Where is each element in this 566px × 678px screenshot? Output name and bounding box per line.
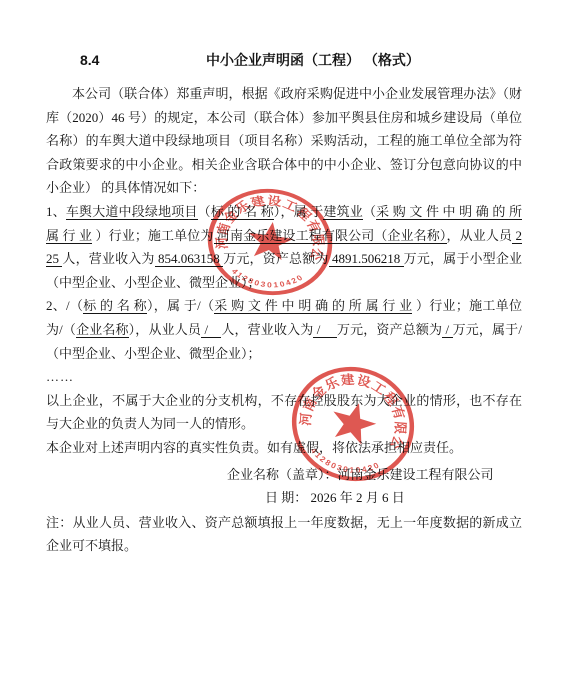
text-run: 万元，资产总额为: [337, 322, 442, 337]
truthfulness-paragraph: 本企业对上述声明内容的真实性负责。如有虚假，将依法承担相应责任。: [46, 436, 522, 460]
text-run: （: [198, 204, 211, 219]
ellipsis-line: ……: [46, 365, 522, 389]
company-signature-line: 企业名称（盖章）：河南金乐建设工程有限公司: [227, 463, 522, 487]
section-number: 8.4: [80, 52, 206, 68]
text-run: 人，营业收入为: [62, 251, 154, 266]
intro-paragraph: 本公司（联合体）郑重声明，根据《政府采购促进中小企业发展管理办法》（财库（202…: [46, 82, 522, 200]
fill-in-blank: 建筑业: [323, 204, 363, 220]
document-page: 8.4中小企业声明函（工程） （格式） 本公司（联合体）郑重声明，根据《政府采购…: [0, 0, 566, 678]
text-run: ），从业人员: [129, 322, 201, 337]
fill-in-blank: /: [442, 322, 452, 338]
text-run: 人，营业收入为: [221, 322, 313, 337]
fill-in-blank: 标 的 名 称: [211, 204, 274, 220]
text-run: 本企业对上述声明内容的真实性负责。如有虚假，将依法承担相应责任。: [46, 440, 462, 455]
text-run: ，从业人员: [447, 228, 513, 243]
text-run: 1、: [46, 204, 66, 219]
text-run: 2、/（: [46, 298, 83, 313]
text-run: 万元，资产总额为: [223, 251, 328, 266]
fill-in-blank: 采 购 文 件 中 明 确 的 所 属 行 业: [214, 298, 412, 314]
item-1-paragraph: 1、车舆大道中段绿地项目（标 的 名 称），属 于建筑业（采 购 文 件 中 明…: [46, 200, 522, 294]
item-2-paragraph: 2、/（标 的 名 称），属 于/（采 购 文 件 中 明 确 的 所 属 行 …: [46, 294, 522, 365]
fill-in-blank: 企业名称: [76, 322, 129, 338]
document-content: 8.4中小企业声明函（工程） （格式） 本公司（联合体）郑重声明，根据《政府采购…: [46, 46, 522, 558]
text-run: 以上企业，不属于大企业的分支机构，不存在控股股东为大企业的情形，也不存在与大企业…: [46, 393, 522, 432]
fill-in-blank: 854.063158: [155, 251, 224, 267]
text-run: ），属 于/（: [147, 298, 214, 313]
no-large-enterprise-paragraph: 以上企业，不属于大企业的分支机构，不存在控股股东为大企业的情形，也不存在与大企业…: [46, 389, 522, 436]
section-heading: 8.4中小企业声明函（工程） （格式）: [46, 50, 522, 70]
text-run: 日 期： 2026 年 2 月 6 日: [265, 490, 405, 505]
date-line: 日 期： 2026 年 2 月 6 日: [265, 486, 522, 510]
section-title: 中小企业声明函（工程） （格式）: [206, 52, 420, 68]
text-run: （: [363, 204, 376, 219]
fill-in-blank: 河南金乐建设工程有限公司（企业名称）: [214, 228, 447, 244]
fill-in-blank: 4891.506218: [329, 251, 404, 267]
text-run: 企业名称（盖章）：河南金乐建设工程有限公司: [227, 467, 494, 482]
text-run: ），属 于: [274, 204, 324, 219]
fill-in-blank: 车舆大道中段绿地项目: [66, 204, 198, 220]
fill-in-blank: 标 的 名 称: [83, 298, 147, 314]
text-run: 注：从业人员、营业收入、资产总额填报上一年度数据，无上一年度数据的新成立企业可不…: [46, 515, 522, 554]
text-run: ……: [46, 369, 74, 384]
text-run: ）行业；施工单位为: [92, 228, 213, 243]
text-run: 本公司（联合体）郑重声明，根据《政府采购促进中小企业发展管理办法》（财库（202…: [46, 86, 522, 195]
footnote-paragraph: 注：从业人员、营业收入、资产总额填报上一年度数据，无上一年度数据的新成立企业可不…: [46, 511, 522, 558]
fill-in-blank: /: [201, 322, 221, 338]
paragraph-container: 本公司（联合体）郑重声明，根据《政府采购促进中小企业发展管理办法》（财库（202…: [46, 82, 522, 558]
fill-in-blank: /: [313, 322, 337, 338]
